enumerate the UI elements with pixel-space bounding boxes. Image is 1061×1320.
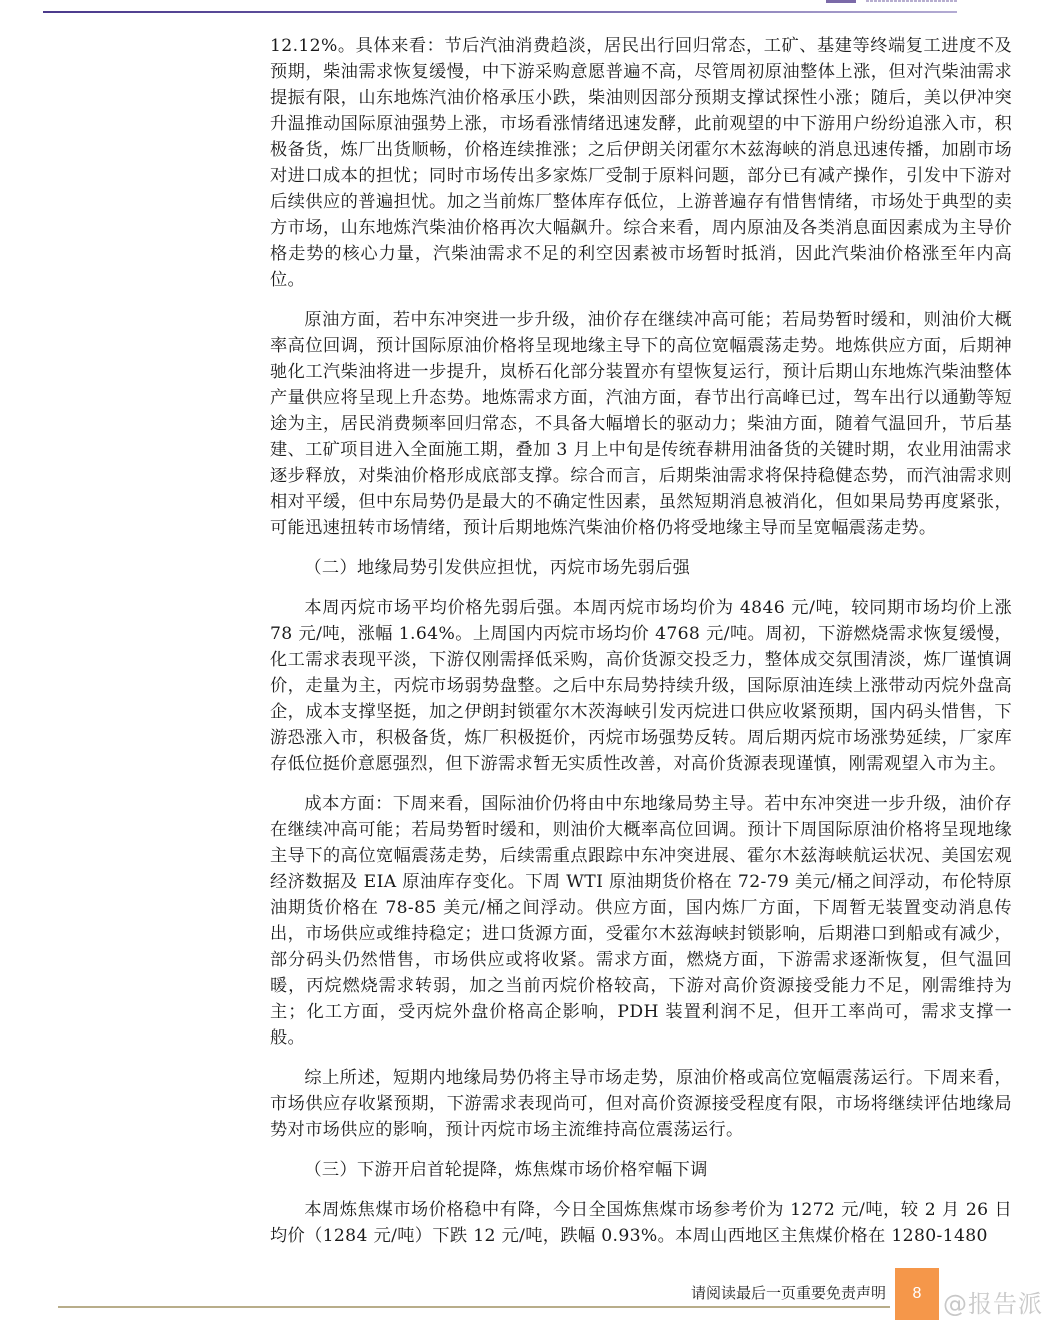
section-heading-coking-coal: （三）下游开启首轮提降，炼焦煤市场价格窄幅下调 <box>270 1157 1012 1183</box>
page-number: 8 <box>913 1285 922 1303</box>
paragraph-gasoline-diesel-review: 12.12%。具体来看：节后汽油消费趋淡，居民出行回归常态，工矿、基建等终端复工… <box>270 33 1012 293</box>
document-body: 12.12%。具体来看：节后汽油消费趋淡，居民出行回归常态，工矿、基建等终端复工… <box>270 33 1012 1249</box>
paragraph-propane-review: 本周丙烷市场平均价格先弱后强。本周丙烷市场均价为 4846 元/吨，较同期市场均… <box>270 595 1012 777</box>
footer-divider <box>58 1306 890 1308</box>
paragraph-propane-summary: 综上所述，短期内地缘局势仍将主导市场走势，原油价格或高位宽幅震荡运行。下周来看，… <box>270 1065 1012 1143</box>
paragraph-coking-coal-review: 本周炼焦煤市场价格稳中有降，今日全国炼焦煤市场参考价为 1272 元/吨，较 2… <box>270 1197 1012 1249</box>
header-logo-text <box>866 0 958 2</box>
paragraph-propane-outlook: 成本方面：下周来看，国际油价仍将由中东地缘局势主导。若中东冲突进一步升级，油价存… <box>270 791 1012 1051</box>
header-divider <box>43 11 957 13</box>
watermark: @报告派 <box>943 1284 1043 1319</box>
footer-disclaimer: 请阅读最后一页重要免责声明 <box>600 1282 886 1303</box>
paragraph-gasoline-diesel-outlook: 原油方面，若中东冲突进一步升级，油价存在继续冲高可能；若局势暂时缓和，则油价大概… <box>270 307 1012 541</box>
header-logo-mark <box>826 0 856 3</box>
section-heading-propane: （二）地缘局势引发供应担忧，丙烷市场先弱后强 <box>270 555 1012 581</box>
page-number-badge: 8 <box>895 1268 939 1320</box>
